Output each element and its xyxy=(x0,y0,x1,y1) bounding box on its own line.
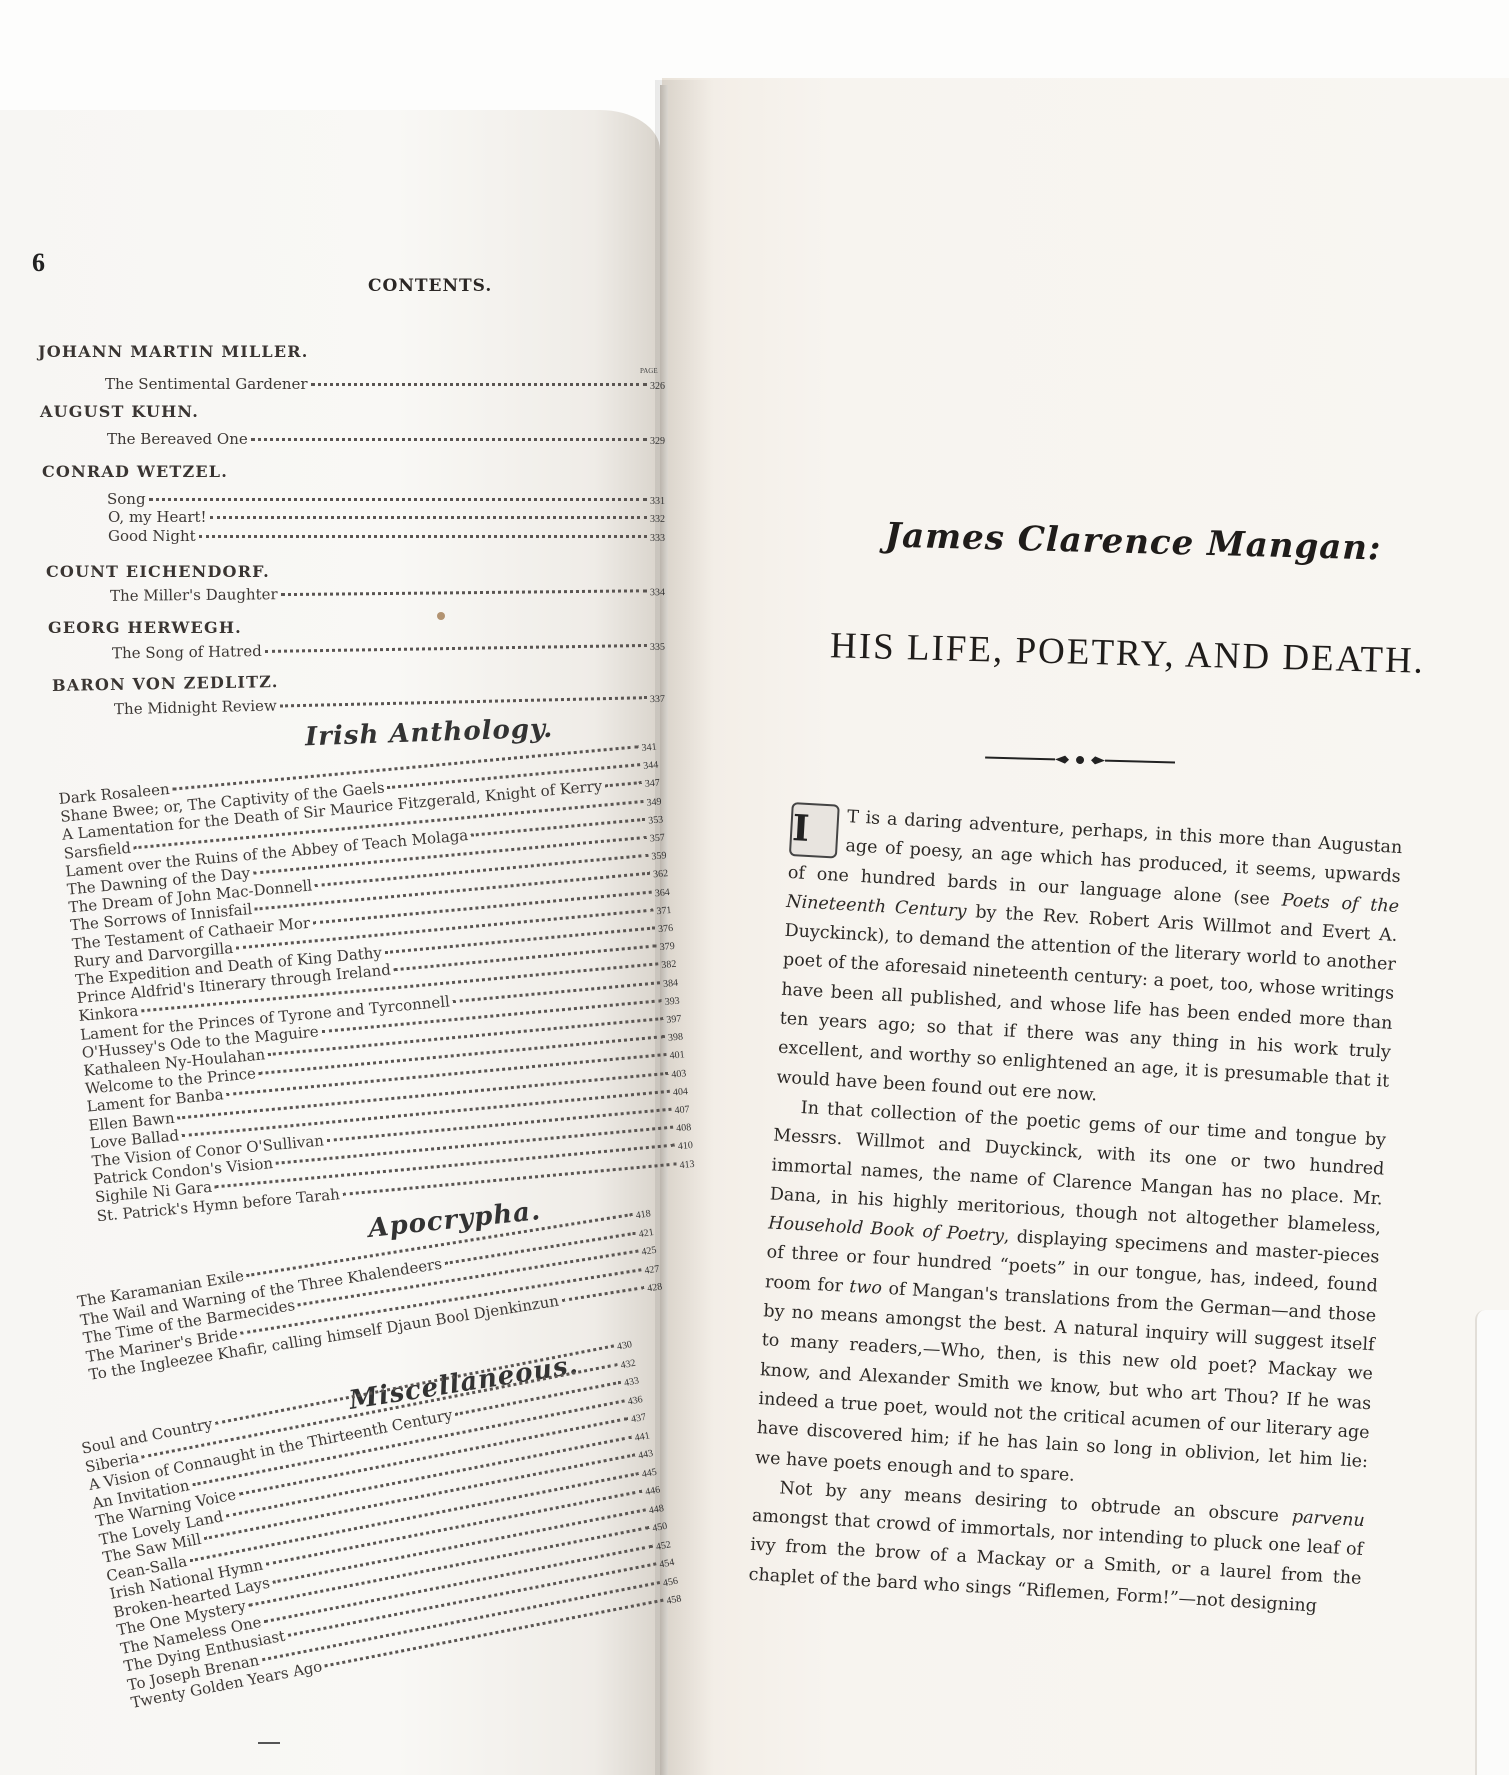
author-heading: BARON VON ZEDLITZ. xyxy=(52,672,279,695)
page-number: 6 xyxy=(32,248,45,278)
author-heading: GEORG HERWEGH. xyxy=(48,618,242,637)
author-heading: COUNT EICHENDORF. xyxy=(46,562,270,581)
page-column-label: PAGE xyxy=(640,367,658,375)
footer-mark xyxy=(258,1742,280,1744)
running-head: CONTENTS. xyxy=(368,276,492,296)
toc-entry[interactable]: O, my Heart!332 xyxy=(108,508,665,526)
author-heading: JOHANN MARTIN MILLER. xyxy=(38,342,309,361)
author-heading: AUGUST KUHN. xyxy=(40,402,199,421)
flourish-icon xyxy=(985,751,1175,770)
toc-entry[interactable]: Song331 xyxy=(107,490,665,508)
paragraph: In that collection of the poetic gems of… xyxy=(754,1093,1386,1507)
page-edge-flap xyxy=(1475,1310,1509,1775)
paper-stain xyxy=(437,612,445,620)
toc-entry[interactable]: Good Night333 xyxy=(108,527,665,545)
author-heading: CONRAD WETZEL. xyxy=(42,462,228,481)
drop-cap-initial: I xyxy=(789,802,840,859)
essay-body: IT is a daring adventure, perhaps, in th… xyxy=(748,800,1403,1624)
toc-entry[interactable]: The Bereaved One329 xyxy=(107,430,665,448)
toc-entry[interactable]: The Sentimental Gardener326 xyxy=(105,375,665,393)
paragraph: IT is a daring adventure, perhaps, in th… xyxy=(776,800,1403,1127)
